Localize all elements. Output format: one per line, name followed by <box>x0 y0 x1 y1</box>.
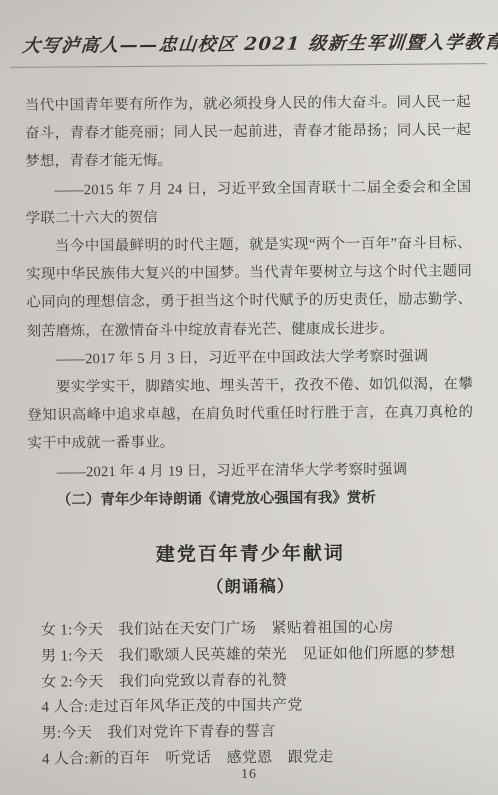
poem-lines: 女 1:今天 我们站在天安门广场 紧贴着祖国的心房 男 1:今天 我们歌颂人民英… <box>41 615 481 773</box>
poem-block: 建党百年青少年献词 （朗诵稿） 女 1:今天 我们站在天安门广场 紧贴着祖国的心… <box>1 537 498 774</box>
running-header: 大写泸高人——忠山校区 2021 级新生军训暨入学教育 <box>10 28 486 68</box>
poem-title: 建党百年青少年献词 <box>1 537 498 568</box>
running-header-title: 大写泸高人——忠山校区 2021 级新生军训暨入学教育 <box>21 28 487 58</box>
poem-line: 女 2:今天 我们向党致以青春的礼赞 <box>41 667 480 696</box>
photo-background: 大写泸高人——忠山校区 2021 级新生军训暨入学教育 当代中国青年要有所作为，… <box>0 0 498 795</box>
paragraph-attribution-2021: ——2021 年 4 月 19 日，习近平在清华大学考察时强调 <box>28 455 474 487</box>
poem-line: 男:今天 我们对党许下青春的誓言 <box>42 718 481 747</box>
book-page-content: 大写泸高人——忠山校区 2021 级新生军训暨入学教育 当代中国青年要有所作为，… <box>0 0 498 774</box>
paragraph-quote-continuation: 当代中国青年要有所作为，就必须投身人民的伟大奋斗。同人民一起奋斗，青春才能亮丽；… <box>25 88 472 176</box>
poem-line: 男 1:今天 我们歌颂人民英雄的荣光 见证如他们所愿的梦想 <box>41 641 480 670</box>
paragraph-attribution-2015: ——2015 年 7 月 24 日，习近平致全国青联十二届全委会和全国学联二十六… <box>25 173 471 233</box>
paragraph-quote-era-theme: 当今中国最鲜明的时代主题，就是实现“两个一百年”奋斗目标、实现中华民族伟大复兴的… <box>26 229 473 345</box>
photographed-book-page: { "header": { "title": "大写泸高人——忠山校区 2021… <box>0 0 498 795</box>
paragraph-quote-hard-work: 要实学实干，脚踏实地、埋头苦干，孜孜不倦、如饥似渴，在攀登知识高峰中追求卓越，在… <box>27 370 474 458</box>
paragraph-attribution-2017: ——2017 年 5 月 3 日，习近平在中国政法大学考察时强调 <box>27 342 473 374</box>
body-text: 当代中国青年要有所作为，就必须投身人民的伟大奋斗。同人民一起奋斗，青春才能亮丽；… <box>25 88 474 515</box>
section-heading: （二）青年少年诗朗诵《请党放心强国有我》赏析 <box>28 483 474 515</box>
poem-line: 女 1:今天 我们站在天安门广场 紧贴着祖国的心房 <box>41 615 480 644</box>
poem-subtitle: （朗诵稿） <box>1 571 498 599</box>
page-number: 16 <box>0 767 498 783</box>
poem-line: 4 人合:走过百年风华正茂的中国共产党 <box>41 693 480 722</box>
